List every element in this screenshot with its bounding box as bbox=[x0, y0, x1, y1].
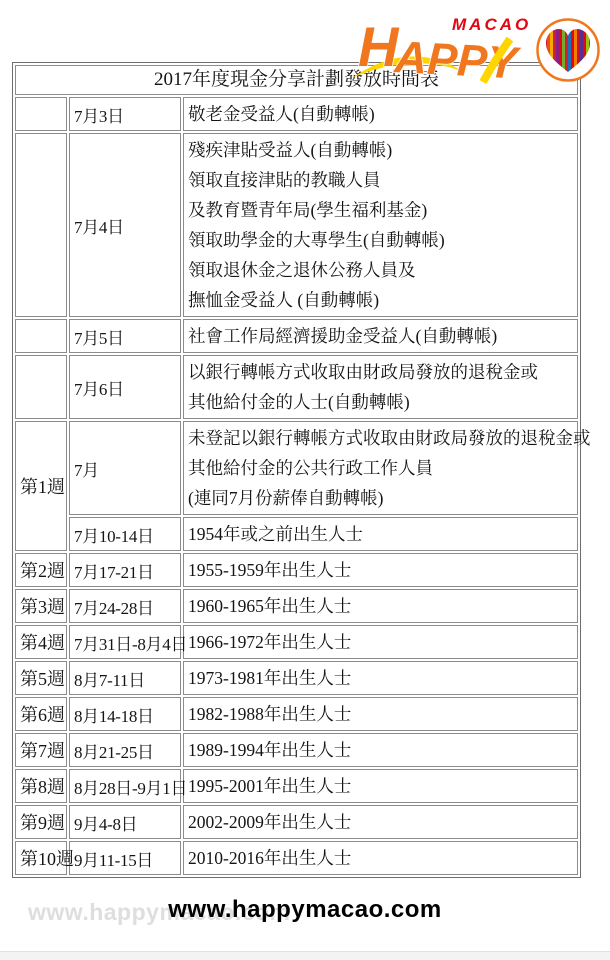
recipient-line: 2010-2016年出生人士 bbox=[188, 843, 573, 873]
recipients-cell: 1966-1972年出生人士 bbox=[183, 625, 578, 659]
recipient-line: 領取直接津貼的教職人員 bbox=[188, 165, 573, 195]
recipients-cell: 1960-1965年出生人士 bbox=[183, 589, 578, 623]
date-cell: 8月14-18日 bbox=[69, 697, 181, 731]
date-cell: 8月21-25日 bbox=[69, 733, 181, 767]
date-cell: 9月4-8日 bbox=[69, 805, 181, 839]
recipients-cell: 1995-2001年出生人士 bbox=[183, 769, 578, 803]
recipient-line: 以銀行轉帳方式收取由財政局發放的退稅金或 bbox=[188, 357, 573, 387]
date-cell: 7月31日-8月4日 bbox=[69, 625, 181, 659]
table-row: 第9週9月4-8日2002-2009年出生人士 bbox=[15, 805, 578, 839]
date-cell: 8月7-11日 bbox=[69, 661, 181, 695]
recipient-line: 2002-2009年出生人士 bbox=[188, 807, 573, 837]
week-cell: 第1週 bbox=[15, 421, 67, 551]
table-row: 第5週8月7-11日1973-1981年出生人士 bbox=[15, 661, 578, 695]
date-cell: 7月24-28日 bbox=[69, 589, 181, 623]
week-cell: 第9週 bbox=[15, 805, 67, 839]
table-row: 第4週7月31日-8月4日1966-1972年出生人士 bbox=[15, 625, 578, 659]
recipients-cell: 2002-2009年出生人士 bbox=[183, 805, 578, 839]
date-cell: 7月4日 bbox=[69, 133, 181, 317]
recipients-cell: 1955-1959年出生人士 bbox=[183, 553, 578, 587]
date-cell: 7月17-21日 bbox=[69, 553, 181, 587]
recipient-line: 社會工作局經濟援助金受益人(自動轉帳) bbox=[188, 321, 573, 351]
table-row: 第3週7月24-28日1960-1965年出生人士 bbox=[15, 589, 578, 623]
recipient-line: 未登記以銀行轉帳方式收取由財政局發放的退稅金或 bbox=[188, 423, 573, 453]
week-cell bbox=[15, 97, 67, 131]
table-row: 第6週8月14-18日1982-1988年出生人士 bbox=[15, 697, 578, 731]
recipient-line: 1973-1981年出生人士 bbox=[188, 663, 573, 693]
date-cell: 7月 bbox=[69, 421, 181, 515]
recipients-cell: 未登記以銀行轉帳方式收取由財政局發放的退稅金或其他給付金的公共行政工作人員(連同… bbox=[183, 421, 578, 515]
date-cell: 9月11-15日 bbox=[69, 841, 181, 875]
recipient-line: 1955-1959年出生人士 bbox=[188, 555, 573, 585]
logo-macao: MACAO bbox=[452, 15, 531, 34]
date-cell: 7月5日 bbox=[69, 319, 181, 353]
recipients-cell: 社會工作局經濟援助金受益人(自動轉帳) bbox=[183, 319, 578, 353]
table-row: 第2週7月17-21日1955-1959年出生人士 bbox=[15, 553, 578, 587]
recipients-cell: 殘疾津貼受益人(自動轉帳)領取直接津貼的教職人員及教育暨青年局(學生福利基金)領… bbox=[183, 133, 578, 317]
bottom-edge-strip bbox=[0, 951, 610, 960]
recipient-line: 領取助學金的大專學生(自動轉帳) bbox=[188, 225, 573, 255]
footer-url: www.happymacao.com bbox=[0, 896, 610, 924]
recipients-cell: 1954年或之前出生人士 bbox=[183, 517, 578, 551]
week-cell: 第2週 bbox=[15, 553, 67, 587]
week-cell: 第6週 bbox=[15, 697, 67, 731]
recipient-line: 敬老金受益人(自動轉帳) bbox=[188, 99, 573, 129]
recipient-line: (連同7月份薪俸自動轉帳) bbox=[188, 483, 573, 513]
page: H APPY MACAO 2017年度現金分享計劃發放時間表 7月3日敬老金受益… bbox=[0, 0, 610, 960]
table-row: 7月4日殘疾津貼受益人(自動轉帳)領取直接津貼的教職人員及教育暨青年局(學生福利… bbox=[15, 133, 578, 317]
schedule-table: 2017年度現金分享計劃發放時間表 7月3日敬老金受益人(自動轉帳)7月4日殘疾… bbox=[12, 62, 581, 878]
week-cell bbox=[15, 355, 67, 419]
recipients-cell: 1989-1994年出生人士 bbox=[183, 733, 578, 767]
recipients-cell: 1973-1981年出生人士 bbox=[183, 661, 578, 695]
table-row: 第1週7月未登記以銀行轉帳方式收取由財政局發放的退稅金或其他給付金的公共行政工作… bbox=[15, 421, 578, 515]
recipient-line: 及教育暨青年局(學生福利基金) bbox=[188, 195, 573, 225]
table-row: 7月5日社會工作局經濟援助金受益人(自動轉帳) bbox=[15, 319, 578, 353]
recipient-line: 撫恤金受益人 (自動轉帳) bbox=[188, 285, 573, 315]
date-cell: 7月10-14日 bbox=[69, 517, 181, 551]
recipient-line: 1989-1994年出生人士 bbox=[188, 735, 573, 765]
recipient-line: 殘疾津貼受益人(自動轉帳) bbox=[188, 135, 573, 165]
recipient-line: 1982-1988年出生人士 bbox=[188, 699, 573, 729]
week-cell: 第7週 bbox=[15, 733, 67, 767]
happy-macao-logo: H APPY MACAO bbox=[352, 2, 610, 96]
table-row: 7月3日敬老金受益人(自動轉帳) bbox=[15, 97, 578, 131]
week-cell bbox=[15, 319, 67, 353]
logo-happy-rest: APPY bbox=[392, 31, 522, 89]
table-row: 第8週8月28日-9月1日1995-2001年出生人士 bbox=[15, 769, 578, 803]
date-cell: 7月6日 bbox=[69, 355, 181, 419]
recipient-line: 其他給付金的公共行政工作人員 bbox=[188, 453, 573, 483]
recipient-line: 1966-1972年出生人士 bbox=[188, 627, 573, 657]
week-cell: 第4週 bbox=[15, 625, 67, 659]
recipient-line: 1954年或之前出生人士 bbox=[188, 519, 573, 549]
recipient-line: 領取退休金之退休公務人員及 bbox=[188, 255, 573, 285]
week-cell: 第10週 bbox=[15, 841, 67, 875]
recipients-cell: 敬老金受益人(自動轉帳) bbox=[183, 97, 578, 131]
recipient-line: 1995-2001年出生人士 bbox=[188, 771, 573, 801]
table-row: 7月10-14日1954年或之前出生人士 bbox=[15, 517, 578, 551]
week-cell: 第3週 bbox=[15, 589, 67, 623]
recipient-line: 1960-1965年出生人士 bbox=[188, 591, 573, 621]
week-cell: 第8週 bbox=[15, 769, 67, 803]
week-cell bbox=[15, 133, 67, 317]
recipient-line: 其他給付金的人士(自動轉帳) bbox=[188, 387, 573, 417]
recipients-cell: 1982-1988年出生人士 bbox=[183, 697, 578, 731]
date-cell: 7月3日 bbox=[69, 97, 181, 131]
week-cell: 第5週 bbox=[15, 661, 67, 695]
recipients-cell: 以銀行轉帳方式收取由財政局發放的退稅金或其他給付金的人士(自動轉帳) bbox=[183, 355, 578, 419]
table-row: 第7週8月21-25日1989-1994年出生人士 bbox=[15, 733, 578, 767]
table-row: 第10週9月11-15日2010-2016年出生人士 bbox=[15, 841, 578, 875]
date-cell: 8月28日-9月1日 bbox=[69, 769, 181, 803]
recipients-cell: 2010-2016年出生人士 bbox=[183, 841, 578, 875]
table-row: 7月6日以銀行轉帳方式收取由財政局發放的退稅金或其他給付金的人士(自動轉帳) bbox=[15, 355, 578, 419]
